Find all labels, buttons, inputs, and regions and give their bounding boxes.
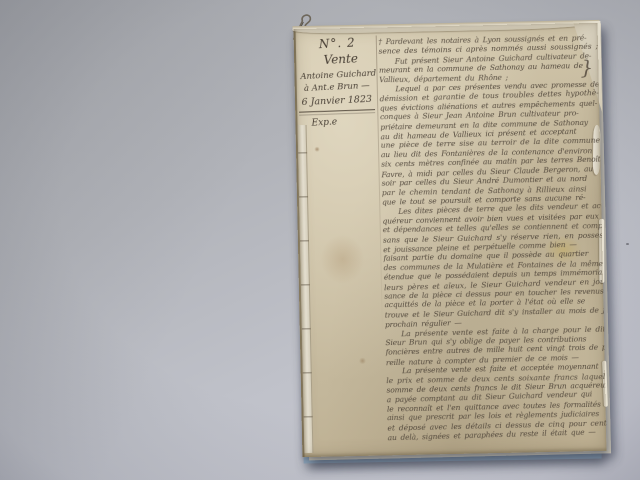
- photo-background: N°. 2 Vente Antoine Guichard à Ant.e Bru…: [0, 0, 640, 480]
- act-number: N°. 2: [319, 35, 376, 52]
- stain-brown: [320, 234, 365, 285]
- body-text: † Pardevant les notaires à Lyon soussign…: [378, 33, 606, 443]
- act-title: Vente: [323, 51, 376, 67]
- manuscript-cover-page: N°. 2 Vente Antoine Guichard à Ant.e Bru…: [294, 23, 607, 457]
- foxing-spot: [314, 147, 320, 152]
- margin-underline: [299, 109, 375, 116]
- margin-note: Exp.e: [311, 115, 378, 128]
- manuscript-stack: N°. 2 Vente Antoine Guichard à Ant.e Bru…: [294, 23, 607, 457]
- act-date: 6 Janvier 1823: [301, 93, 377, 108]
- margin-annotations: N°. 2 Vente Antoine Guichard à Ant.e Bru…: [299, 35, 379, 129]
- buyer-name: à Ant.e Brun —: [304, 81, 377, 94]
- ink-brace: }: [580, 55, 593, 79]
- dust-speck: [626, 243, 629, 245]
- crumpled-top-edge: [292, 20, 599, 34]
- foxing-spot: [358, 358, 366, 364]
